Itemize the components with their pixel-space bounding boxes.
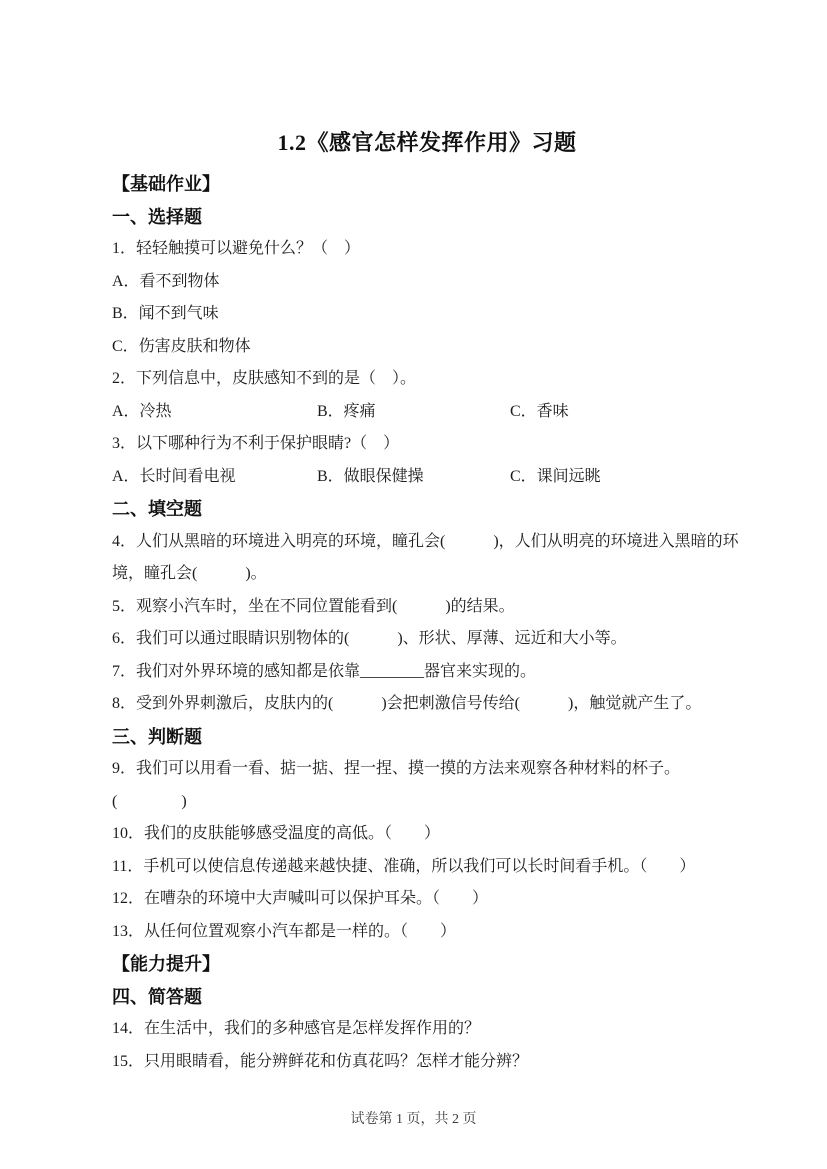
question-3-text: 3．以下哪种行为不利于保护眼睛?（ ） (112, 428, 742, 461)
question-14-text: 14．在生活中，我们的多种感官是怎样发挥作用的？ (112, 1013, 742, 1046)
question-15-text: 15．只用眼睛看，能分辨鲜花和仿真花吗？怎样才能分辨？ (112, 1046, 742, 1079)
worksheet-page: 1.2《感官怎样发挥作用》习题 【基础作业】 一、选择题 1．轻轻触摸可以避免什… (0, 0, 827, 1169)
section-header-advanced: 【能力提升】 (112, 948, 742, 981)
question-12-text: 12．在嘈杂的环境中大声喊叫可以保护耳朵。（ ） (112, 883, 742, 916)
heading-short-answer-questions: 四、简答题 (112, 981, 742, 1014)
question-3-option-b: B．做眼保健操 (317, 461, 510, 494)
page-title: 1.2《感官怎样发挥作用》习题 (112, 126, 742, 160)
page-footer: 试卷第 1 页，共 2 页 (0, 1108, 827, 1128)
question-4-text: 4．人们从黑暗的环境进入明亮的环境，瞳孔会( )，人们从明亮的环境进入黑暗的环境… (112, 526, 742, 591)
question-2-option-c: C．香味 (510, 396, 742, 429)
question-2-option-b: B．疼痛 (317, 396, 510, 429)
question-1-text: 1．轻轻触摸可以避免什么？（ ） (112, 233, 742, 266)
question-13-text: 13．从任何位置观察小汽车都是一样的。（ ） (112, 916, 742, 949)
question-1-option-c: C．伤害皮肤和物体 (112, 331, 742, 364)
question-9-text: 9．我们可以用看一看、掂一掂、捏一捏、摸一摸的方法来观察各种材料的杯子。( ) (112, 753, 742, 818)
question-2-option-a: A．冷热 (112, 396, 317, 429)
question-1-option-a: A．看不到物体 (112, 266, 742, 299)
question-6-text: 6．我们可以通过眼睛识别物体的( )、形状、厚薄、远近和大小等。 (112, 623, 742, 656)
heading-fill-questions: 二、填空题 (112, 493, 742, 526)
section-header-basic: 【基础作业】 (112, 168, 742, 201)
question-3-options: A．长时间看电视 B．做眼保健操 C．课间远眺 (112, 461, 742, 494)
question-3-option-c: C．课间远眺 (510, 461, 742, 494)
question-2-text: 2．下列信息中，皮肤感知不到的是（ ）。 (112, 363, 742, 396)
question-8-text: 8．受到外界刺激后，皮肤内的( )会把刺激信号传给( )，触觉就产生了。 (112, 688, 742, 721)
page-content: 1.2《感官怎样发挥作用》习题 【基础作业】 一、选择题 1．轻轻触摸可以避免什… (112, 126, 742, 1078)
question-7-text: 7．我们对外界环境的感知都是依靠________器官来实现的。 (112, 656, 742, 689)
question-11-text: 11．手机可以使信息传递越来越快捷、准确，所以我们可以长时间看手机。（ ） (112, 851, 742, 884)
heading-judge-questions: 三、判断题 (112, 721, 742, 754)
question-10-text: 10．我们的皮肤能够感受温度的高低。（ ） (112, 818, 742, 851)
question-3-option-a: A．长时间看电视 (112, 461, 317, 494)
question-1-option-b: B．闻不到气味 (112, 298, 742, 331)
question-2-options: A．冷热 B．疼痛 C．香味 (112, 396, 742, 429)
heading-choice-questions: 一、选择题 (112, 201, 742, 234)
question-5-text: 5．观察小汽车时，坐在不同位置能看到( )的结果。 (112, 591, 742, 624)
